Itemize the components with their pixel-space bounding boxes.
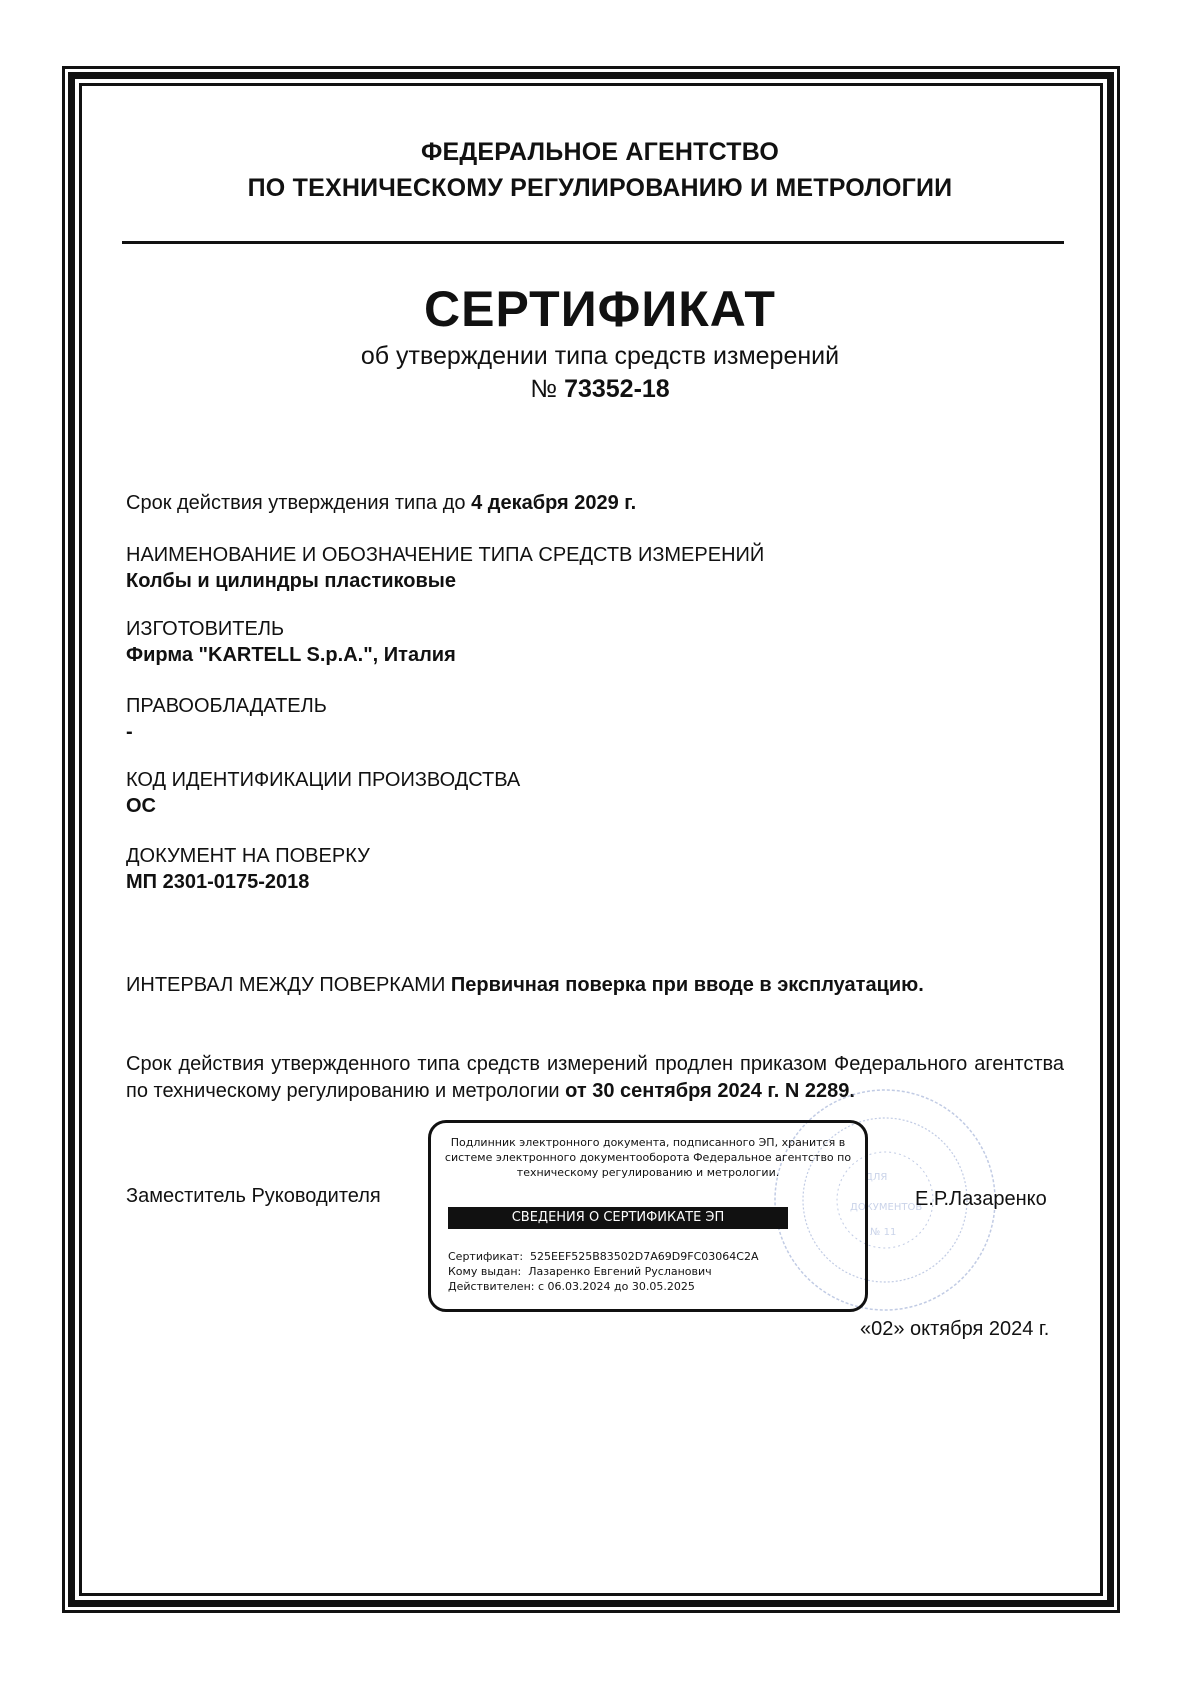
field-value: МП 2301-0175-2018 xyxy=(126,869,370,895)
field-value: Колбы и цилиндры пластиковые xyxy=(126,568,764,594)
ep-certificate-value: 525EEF525B83502D7A69D9FC03064C2A xyxy=(530,1250,758,1263)
field-label: ПРАВООБЛАДАТЕЛЬ xyxy=(126,693,327,719)
field-value: Фирма "KARTELL S.p.A.", Италия xyxy=(126,642,456,668)
header-divider xyxy=(122,241,1064,244)
field-production-code: КОД ИДЕНТИФИКАЦИИ ПРОИЗВОДСТВА ОС xyxy=(126,767,520,819)
ep-valid-row: Действителен: с 06.03.2024 до 30.05.2025 xyxy=(448,1279,758,1294)
extension-order: от 30 сентября 2024 г. N 2289. xyxy=(565,1080,855,1102)
extension-paragraph: Срок действия утвержденного типа средств… xyxy=(126,1051,1064,1105)
validity-label: Срок действия утверждения типа до xyxy=(126,492,466,514)
ep-certificate-row: Сертификат: 525EEF525B83502D7A69D9FC0306… xyxy=(448,1249,758,1264)
field-verification-interval: ИНТЕРВАЛ МЕЖДУ ПОВЕРКАМИ Первичная повер… xyxy=(126,972,924,998)
number-sign: № xyxy=(530,375,557,403)
certificate-number: № 73352-18 xyxy=(0,375,1200,404)
field-value: - xyxy=(126,719,327,745)
field-label: НАИМЕНОВАНИЕ И ОБОЗНАЧЕНИЕ ТИПА СРЕДСТВ … xyxy=(126,542,764,568)
signer-position: Заместитель Руководителя xyxy=(126,1185,381,1208)
certificate-number-value: 73352-18 xyxy=(564,375,670,403)
signature-date: «02» октября 2024 г. xyxy=(860,1318,1049,1341)
validity-value: 4 декабря 2029 г. xyxy=(471,492,636,514)
interval-value: Первичная поверка при вводе в эксплуатац… xyxy=(451,974,924,996)
field-manufacturer: ИЗГОТОВИТЕЛЬ Фирма "KARTELL S.p.A.", Ита… xyxy=(126,616,456,668)
field-label: КОД ИДЕНТИФИКАЦИИ ПРОИЗВОДСТВА xyxy=(126,767,520,793)
field-label: ИЗГОТОВИТЕЛЬ xyxy=(126,616,456,642)
document-subtitle: об утверждении типа средств измерений xyxy=(0,342,1200,371)
ep-issued-to-row: Кому выдан: Лазаренко Евгений Русланович xyxy=(448,1264,758,1279)
field-label: ДОКУМЕНТ НА ПОВЕРКУ xyxy=(126,843,370,869)
field-value: ОС xyxy=(126,793,520,819)
ep-issued-to-label: Кому выдан: xyxy=(448,1265,521,1278)
ep-certificate-label: Сертификат: xyxy=(448,1250,523,1263)
ep-details: Сертификат: 525EEF525B83502D7A69D9FC0306… xyxy=(448,1249,758,1294)
agency-line-2: ПО ТЕХНИЧЕСКОМУ РЕГУЛИРОВАНИЮ И МЕТРОЛОГ… xyxy=(0,170,1200,206)
ep-note: Подлинник электронного документа, подпис… xyxy=(441,1135,855,1180)
agency-line-1: ФЕДЕРАЛЬНОЕ АГЕНТСТВО xyxy=(0,134,1200,170)
ep-header: СВЕДЕНИЯ О СЕРТИФИКАТЕ ЭП xyxy=(448,1207,788,1229)
ep-valid-label: Действителен: xyxy=(448,1280,534,1293)
agency-heading: ФЕДЕРАЛЬНОЕ АГЕНТСТВО ПО ТЕХНИЧЕСКОМУ РЕ… xyxy=(0,134,1200,206)
validity-line: Срок действия утверждения типа до 4 дека… xyxy=(126,490,636,516)
electronic-signature-stamp: Подлинник электронного документа, подпис… xyxy=(428,1120,868,1312)
document-title: СЕРТИФИКАТ xyxy=(0,280,1200,338)
ep-valid-value: с 06.03.2024 до 30.05.2025 xyxy=(538,1280,695,1293)
field-rights-holder: ПРАВООБЛАДАТЕЛЬ - xyxy=(126,693,327,745)
interval-label: ИНТЕРВАЛ МЕЖДУ ПОВЕРКАМИ xyxy=(126,974,445,996)
field-verification-document: ДОКУМЕНТ НА ПОВЕРКУ МП 2301-0175-2018 xyxy=(126,843,370,895)
signer-name: Е.Р.Лазаренко xyxy=(915,1188,1047,1211)
field-instrument-name: НАИМЕНОВАНИЕ И ОБОЗНАЧЕНИЕ ТИПА СРЕДСТВ … xyxy=(126,542,764,594)
ep-issued-to-value: Лазаренко Евгений Русланович xyxy=(528,1265,711,1278)
